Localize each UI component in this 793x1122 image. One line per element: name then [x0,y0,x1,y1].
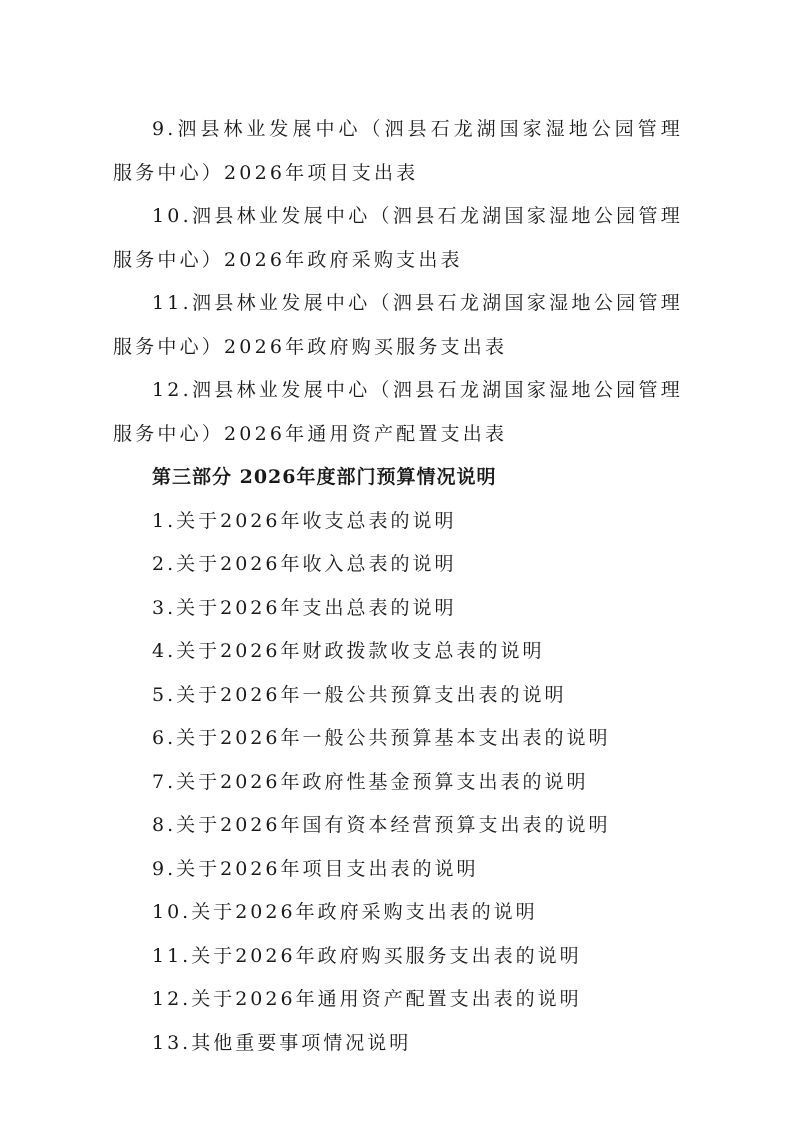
section-heading: 第三部分 2026年度部门预算情况说明 [113,456,683,500]
toc-item: 12.泗县林业发展中心（泗县石龙湖国家湿地公园管理服务中心）2026年通用资产配… [113,369,683,456]
toc-item: 6.关于2026年一般公共预算基本支出表的说明 [113,717,683,761]
toc-item: 5.关于2026年一般公共预算支出表的说明 [113,674,683,718]
toc-item: 11.泗县林业发展中心（泗县石龙湖国家湿地公园管理服务中心）2026年政府购买服… [113,282,683,369]
document-page: 9.泗县林业发展中心（泗县石龙湖国家湿地公园管理服务中心）2026年项目支出表 … [113,108,683,1065]
toc-item: 7.关于2026年政府性基金预算支出表的说明 [113,761,683,805]
toc-item: 4.关于2026年财政拨款收支总表的说明 [113,630,683,674]
toc-item: 2.关于2026年收入总表的说明 [113,543,683,587]
toc-item: 10.泗县林业发展中心（泗县石龙湖国家湿地公园管理服务中心）2026年政府采购支… [113,195,683,282]
toc-item: 10.关于2026年政府采购支出表的说明 [113,891,683,935]
toc-item: 12.关于2026年通用资产配置支出表的说明 [113,978,683,1022]
toc-item: 9.关于2026年项目支出表的说明 [113,848,683,892]
toc-item: 1.关于2026年收支总表的说明 [113,500,683,544]
toc-item: 9.泗县林业发展中心（泗县石龙湖国家湿地公园管理服务中心）2026年项目支出表 [113,108,683,195]
toc-item: 8.关于2026年国有资本经营预算支出表的说明 [113,804,683,848]
toc-item: 3.关于2026年支出总表的说明 [113,587,683,631]
toc-item: 11.关于2026年政府购买服务支出表的说明 [113,935,683,979]
toc-item: 13.其他重要事项情况说明 [113,1022,683,1066]
